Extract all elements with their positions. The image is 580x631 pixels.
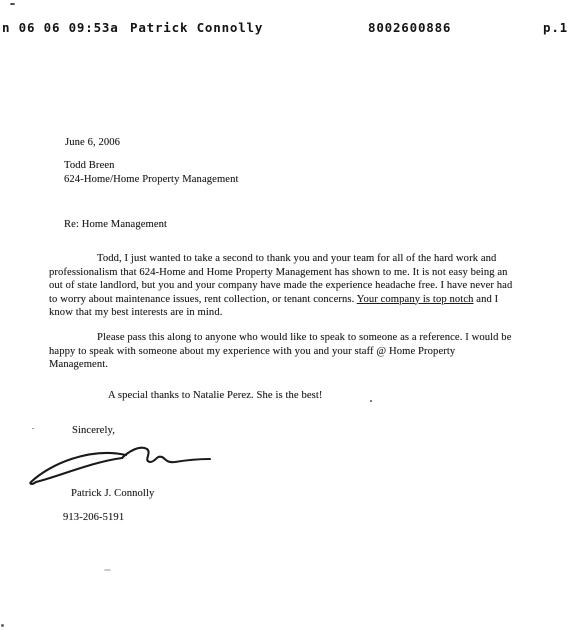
signer-phone: 913-206-5191	[63, 511, 124, 525]
scan-speck	[32, 428, 34, 429]
scan-speck	[10, 3, 15, 5]
subject-line: Re: Home Management	[64, 218, 167, 232]
recipient-company: 624-Home/Home Property Management	[64, 173, 239, 187]
paragraph-1-line-3: out of state landlord, but you and your …	[49, 279, 535, 293]
closing: Sincerely,	[72, 424, 115, 438]
paragraph-2-line-1: Please pass this along to anyone who wou…	[49, 331, 535, 345]
paragraph-1-line-2: professionalism that 624-Home and Home P…	[49, 266, 535, 280]
scan-speck	[104, 569, 111, 571]
recipient-name: Todd Breen	[64, 159, 239, 173]
underlined-phrase: Your company is top notch	[357, 294, 474, 305]
paragraph-2: Please pass this along to anyone who wou…	[49, 331, 535, 372]
scan-speck	[1, 624, 4, 627]
fax-page: n 06 06 09:53a Patrick Connolly 80026008…	[0, 0, 580, 631]
paragraph-1-line-4-pre: to worry about maintenance issues, rent …	[49, 294, 357, 305]
paragraph-1-line-1: Todd, I just wanted to take a second to …	[49, 252, 535, 266]
scan-speck	[370, 400, 372, 402]
paragraph-1-line-4: to worry about maintenance issues, rent …	[49, 293, 535, 307]
paragraph-2-line-3: Management.	[49, 358, 535, 372]
handwritten-signature	[26, 438, 216, 490]
paragraph-1: Todd, I just wanted to take a second to …	[49, 252, 535, 320]
letter-body: June 6, 2006 Todd Breen 624-Home/Home Pr…	[0, 0, 580, 631]
recipient-block: Todd Breen 624-Home/Home Property Manage…	[64, 159, 239, 186]
signature-scribble-icon	[26, 438, 216, 490]
paragraph-2-line-2: happy to speak with someone about my exp…	[49, 345, 535, 359]
letter-date: June 6, 2006	[65, 136, 120, 150]
signer-name: Patrick J. Connolly	[71, 487, 154, 501]
paragraph-3: A special thanks to Natalie Perez. She i…	[108, 389, 323, 403]
paragraph-1-line-5: know that my best interests are in mind.	[49, 306, 535, 320]
paragraph-1-line-4-post: and I	[474, 294, 499, 305]
